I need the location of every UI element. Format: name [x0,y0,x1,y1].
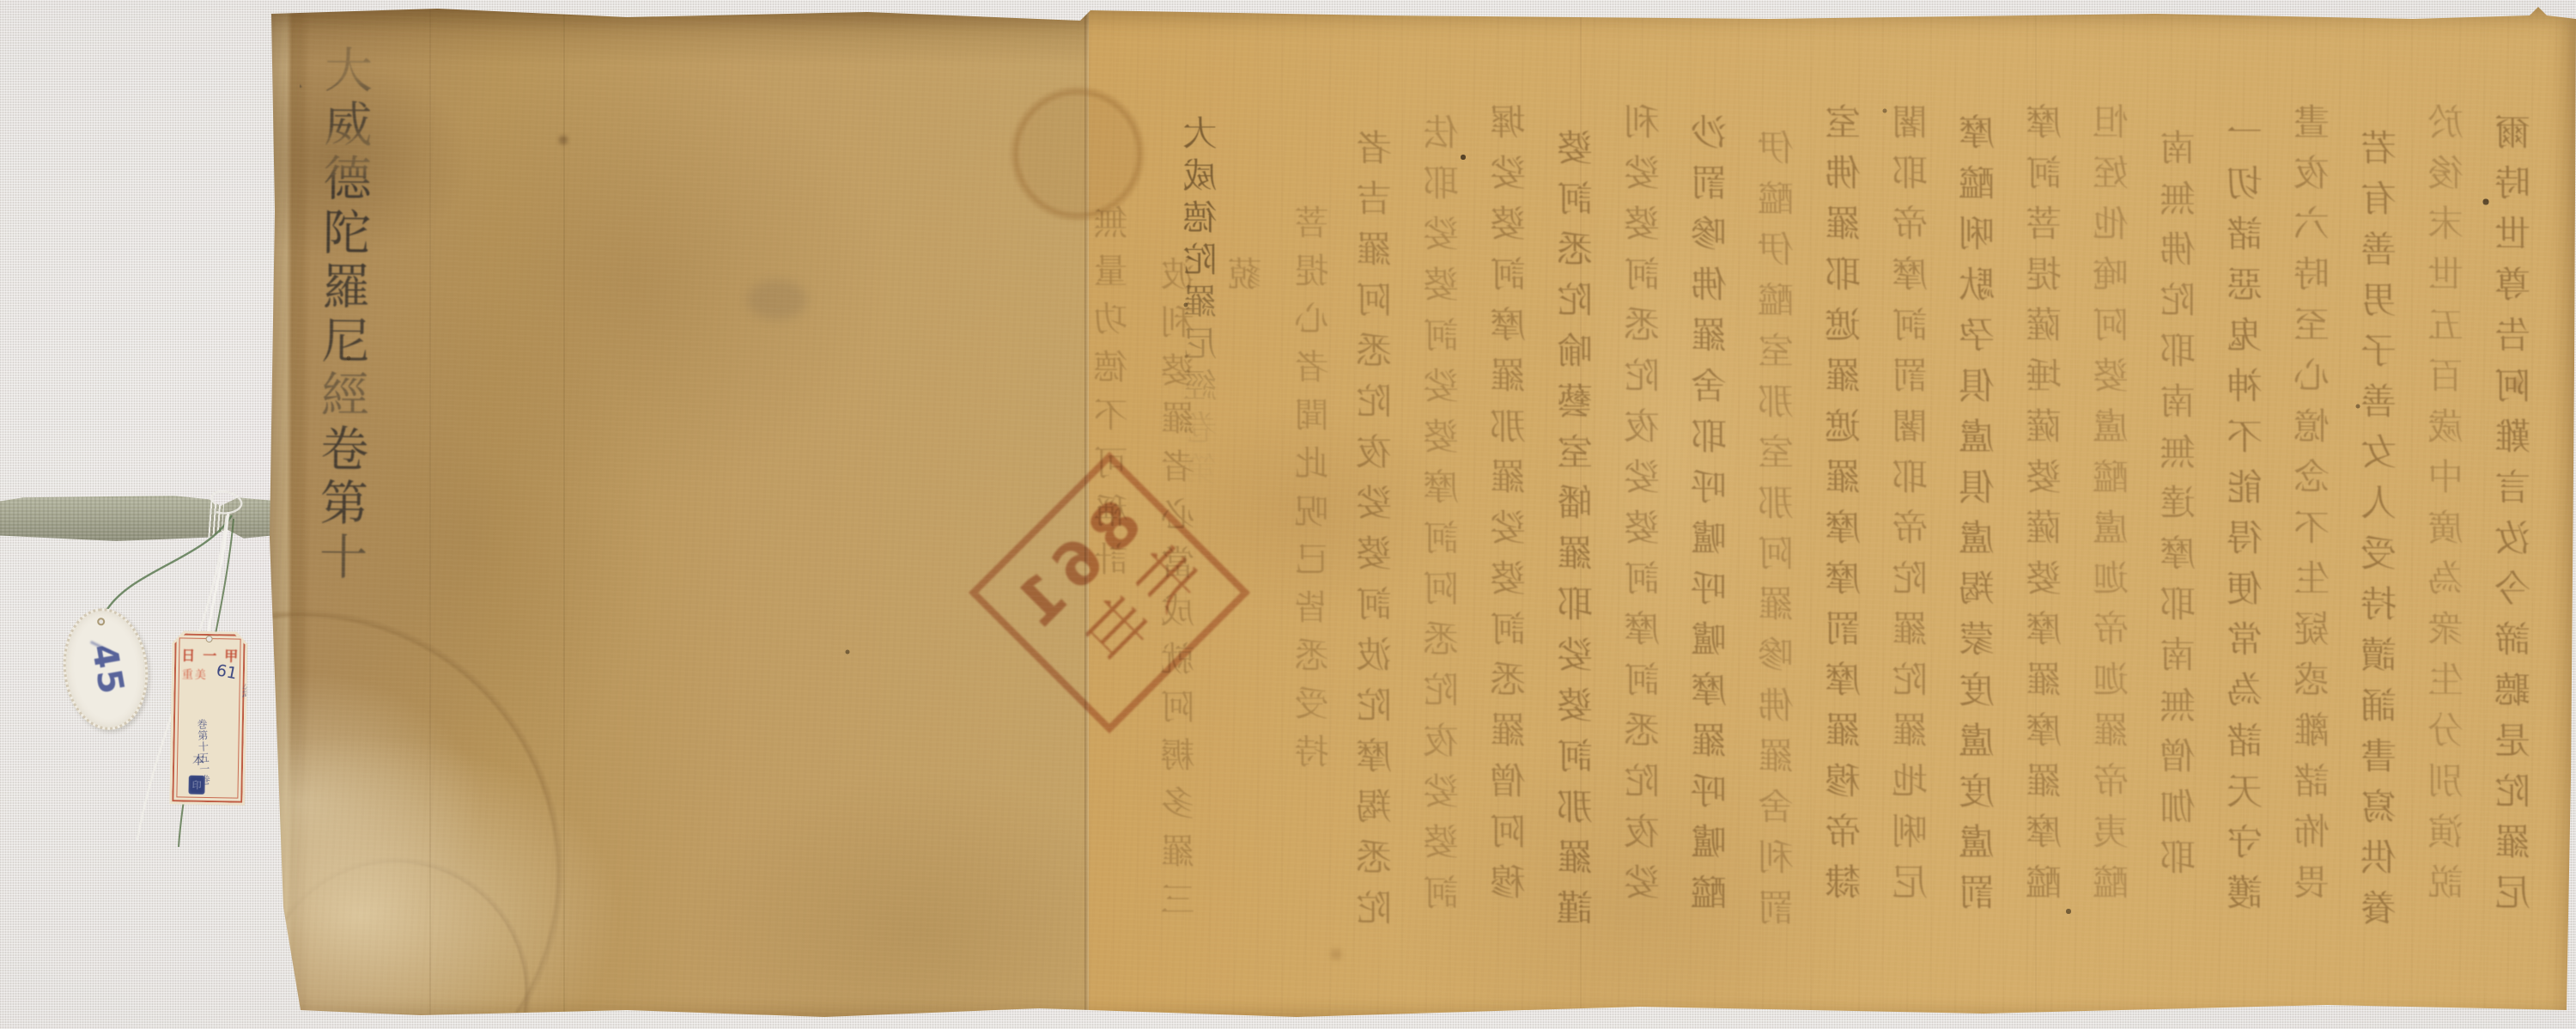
red-designation-stamp: 重美 [182,665,208,682]
edge-shading [266,5,2576,1024]
inventory-number: 45 [83,641,131,698]
photograph-of-sutra-scroll: 45 日一甲 重美 61 大威德陀羅尼経 巻第十五一巻 本 印 大威德陀羅尼經卷… [0,0,2576,1029]
sutra-scroll-body: 大威德陀羅尼經卷第十五 卅丗 861 大威德陀羅尼經卷第十五 菩提心者聞此呪已皆… [266,5,2576,1024]
blue-collector-seal: 印 [188,776,204,795]
tag-printed-header: 日一甲 [172,644,247,666]
catalog-paper-tag: 日一甲 重美 61 大威德陀羅尼経 巻第十五一巻 本 印 [169,630,248,806]
tag-owner-mark: 本 [192,752,204,769]
fly-specks [266,5,268,7]
seal-glyph: 印 [192,778,202,792]
tag-hole [97,618,106,626]
tag-catalog-number: 61 [215,661,239,683]
scroll-fastening-cord [0,495,290,541]
oval-inventory-tag: 45 [58,604,154,734]
